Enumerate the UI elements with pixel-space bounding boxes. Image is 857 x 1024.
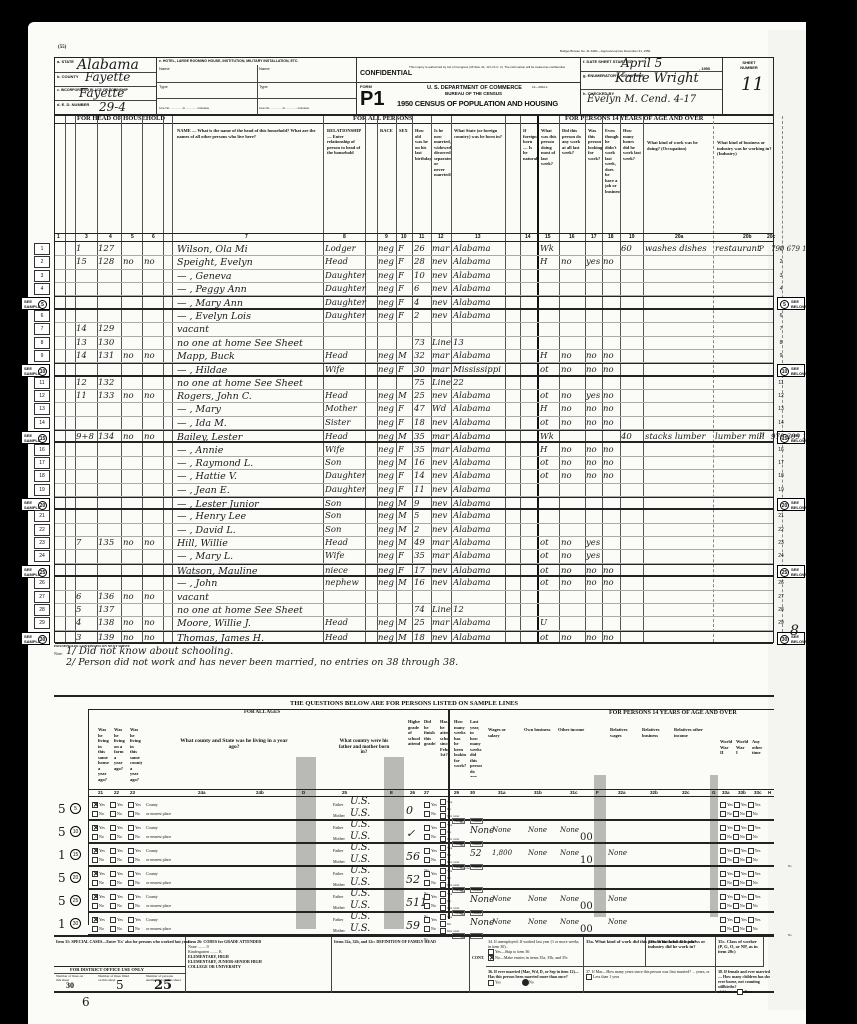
table-row: 30SEEBELOWSEESAMPLE303139nonoThomas, Jam…	[55, 631, 773, 644]
c23-no-checkbox[interactable]	[128, 857, 134, 863]
marital-status: mar	[432, 350, 449, 362]
c27-no-checkbox[interactable]	[424, 811, 430, 817]
relationship: Daughter	[325, 484, 366, 496]
marital-status: mar	[432, 550, 449, 562]
mother-birthplace: U.S.	[350, 877, 370, 888]
line-number: 24	[34, 550, 50, 562]
title-block: CONFIDENTIAL This inquiry is authorized …	[357, 58, 581, 116]
house-number: 13	[76, 337, 87, 349]
has-job: no	[603, 632, 614, 642]
farm-answer: no	[123, 591, 134, 603]
race: neg	[378, 617, 394, 629]
district-office-box: FOR DISTRICT OFFICE USE ONLY Number of l…	[54, 967, 186, 993]
sample-row: 510YesNoYesNoYesNoCountyor nearest place…	[88, 821, 774, 844]
sample-line-circle: 30	[70, 918, 81, 929]
age: 18	[414, 632, 425, 642]
line-number-right: 12	[775, 393, 787, 399]
birthplace: Alabama	[453, 457, 491, 469]
col-14-header: If foreign born— Is he naturalized?	[521, 126, 537, 244]
line-number-right: 29	[775, 620, 787, 626]
father-birthplace: U.S.	[350, 865, 370, 876]
person-name: — , David L.	[177, 524, 236, 536]
birthplace: 13	[453, 337, 464, 349]
person-name: — , Geneva	[177, 270, 232, 282]
did-any-work: no	[561, 364, 572, 374]
c23-yes-checkbox[interactable]	[128, 894, 134, 900]
serial-number: 137	[98, 604, 114, 616]
line-number-right: 16	[775, 447, 787, 453]
c23-yes-checkbox[interactable]	[128, 802, 134, 808]
race: neg	[378, 550, 394, 562]
race: neg	[378, 297, 394, 307]
farm-answer: no	[123, 350, 134, 362]
enumerator-block: f. DATE SHEET STARTED April 5 , 1950 g. …	[581, 58, 723, 116]
c22-no-checkbox[interactable]	[110, 811, 116, 817]
age: 74	[414, 604, 425, 616]
looking-for-work: yes	[586, 390, 600, 402]
house-number: 4	[76, 617, 81, 629]
table-row: 1919— , Jean E.DaughternegF11nevAlabama	[55, 484, 773, 497]
sample-line-marker-right: 20SEEBELOW	[777, 498, 805, 511]
col-7-header: NAME — What is the name of the head of t…	[175, 126, 321, 244]
looking-for-work: no	[586, 470, 597, 482]
serial-number: 132	[98, 377, 114, 389]
activity-last-week: ot	[540, 632, 549, 642]
col-9-header: RACE	[378, 126, 396, 244]
house-number: 9+8	[76, 431, 94, 441]
business-income: None	[528, 849, 547, 857]
sample-mark: 1	[58, 848, 66, 862]
line-number: 14	[34, 417, 50, 429]
q36-box: 36. If ever married (Mar, Wd, D, or Sep …	[486, 967, 584, 993]
c23-no-checkbox[interactable]	[128, 834, 134, 840]
serial-number: 129	[98, 323, 114, 335]
father-birthplace: U.S.	[350, 796, 370, 807]
line-number-right: 23	[775, 540, 787, 546]
sample-mark: 1	[58, 917, 66, 931]
did-any-work: no	[561, 403, 572, 415]
age: 47	[414, 403, 425, 415]
table-row: 111127Wilson, Ola MiLodgernegF26marAlaba…	[55, 243, 773, 256]
col-12-header: Is he now married, widowed, divorced, se…	[432, 126, 451, 244]
race: neg	[378, 256, 394, 268]
house-number: 12	[76, 377, 87, 389]
table-row: 8813130no one at home See Sheet73Line13	[55, 337, 773, 350]
c21-no-checkbox[interactable]	[92, 857, 98, 863]
birthplace: Alabama	[453, 417, 491, 429]
marital-status: nev	[432, 283, 447, 295]
sex: F	[398, 310, 404, 322]
looking-for-work: no	[586, 364, 597, 374]
marital-status: nev	[432, 270, 447, 282]
person-name: — , Evelyn Lois	[177, 310, 251, 322]
relationship: Son	[325, 457, 341, 469]
c22-no-checkbox[interactable]	[110, 903, 116, 909]
weeks-worked: 52	[470, 849, 481, 859]
col-8-header: RELATIONSHIP — Enter relationship of per…	[325, 126, 365, 244]
c21-no-checkbox[interactable]	[92, 926, 98, 932]
race: neg	[378, 577, 394, 589]
birthplace: Alabama	[453, 510, 491, 522]
table-row: 29294138nonoMoore, Willie J.HeadnegM25ma…	[55, 617, 773, 630]
person-name: — , Raymond L.	[177, 457, 253, 469]
c22-no-checkbox[interactable]	[110, 926, 116, 932]
table-row: 1717— , Raymond L.SonnegM16nevAlabamaotn…	[55, 457, 773, 470]
activity-last-week: H	[540, 444, 547, 456]
father-birthplace: U.S.	[350, 819, 370, 830]
line-number-right: 22	[775, 527, 787, 533]
c22-no-checkbox[interactable]	[110, 857, 116, 863]
birthplace: Alabama	[453, 243, 491, 255]
sample-mark: 5	[58, 871, 66, 885]
c21-no-checkbox[interactable]	[92, 834, 98, 840]
line-number-right: 19	[775, 487, 787, 493]
house-number: 11	[76, 390, 87, 402]
age: 49	[414, 537, 425, 549]
sex: F	[398, 403, 404, 415]
c22-yes-checkbox[interactable]	[110, 871, 116, 877]
lines-count: 30	[66, 981, 74, 990]
line-number-right: 17	[775, 460, 787, 466]
q36-no-checkbox[interactable]	[522, 979, 529, 986]
grade-attended: 59	[406, 919, 420, 932]
table-row: 10SEEBELOWSEESAMPLE10— , HildaeWifenegF3…	[55, 363, 773, 376]
person-name: — , John	[177, 577, 217, 589]
race: neg	[378, 498, 394, 508]
birthplace: Alabama	[453, 283, 491, 295]
c27-yes-checkbox[interactable]	[424, 825, 430, 831]
sample-line-circle: 25	[70, 895, 81, 906]
sex: F	[398, 565, 404, 575]
house-number: 1	[76, 243, 81, 255]
margin-mark: 8	[790, 623, 799, 639]
line-number: 6	[34, 310, 50, 322]
hours-worked: 40	[621, 431, 632, 441]
c23-no-checkbox[interactable]	[128, 880, 134, 886]
sample-line-marker: SEESAMPLE5	[21, 297, 50, 310]
activity-last-week: Wk	[540, 431, 554, 441]
birthplace: Alabama	[453, 470, 491, 482]
sample-line-marker: SEESAMPLE20	[21, 498, 50, 511]
activity-last-week: Wk	[540, 243, 554, 255]
did-any-work: no	[561, 577, 572, 589]
looking-for-work: no	[586, 350, 597, 362]
line-number: 26	[34, 577, 50, 589]
c27-no-checkbox[interactable]	[424, 857, 430, 863]
age: 11	[414, 484, 425, 496]
birthplace: Alabama	[453, 350, 491, 362]
c21-yes-checkbox[interactable]	[92, 825, 98, 831]
person-name: Hill, Willie	[177, 537, 228, 549]
serial-number: 136	[98, 591, 114, 603]
c21-yes-checkbox[interactable]	[92, 871, 98, 877]
marital-status: nev	[432, 565, 447, 575]
col-13-header: What State (or foreign country) was he b…	[452, 126, 505, 244]
c27-yes-checkbox[interactable]	[424, 871, 430, 877]
c21-no-checkbox[interactable]	[92, 880, 98, 886]
sheet-number: 11	[741, 74, 764, 95]
age: 35	[414, 431, 425, 441]
occupation: stacks lumber	[645, 431, 706, 441]
sex: F	[398, 444, 404, 456]
sex: M	[398, 431, 407, 441]
table-row: 2222— , David L.SonnegM2nevAlabama	[55, 524, 773, 537]
sample-line-marker-right: 25SEEBELOW	[777, 565, 805, 578]
weeks-worked: None	[470, 826, 494, 836]
c27-yes-checkbox[interactable]	[424, 894, 430, 900]
c27-yes-checkbox[interactable]	[424, 802, 430, 808]
q34-no-checkbox[interactable]	[488, 955, 494, 961]
form-title: 1950 CENSUS OF POPULATION AND HOUSING	[397, 99, 558, 108]
grade-attended: 0	[406, 804, 413, 817]
serial-number: 127	[98, 243, 114, 255]
marital-status: mar	[432, 537, 449, 549]
table-row: 27276136nonovacant	[55, 591, 773, 604]
c23-yes-checkbox[interactable]	[128, 825, 134, 831]
activity-last-week: ot	[540, 577, 549, 589]
age: 28	[414, 256, 425, 268]
has-job: no	[603, 457, 614, 469]
enumerator-signature: Katie Wright	[615, 71, 699, 86]
activity-last-week: ot	[540, 364, 549, 374]
has-job: no	[603, 444, 614, 456]
line-number-right: 4	[775, 286, 787, 292]
relationship: Head	[325, 350, 348, 362]
acres-answer: no	[144, 350, 155, 362]
other-income: None	[560, 849, 579, 857]
marital-status: mar	[432, 444, 449, 456]
father-birthplace: U.S.	[350, 842, 370, 853]
serial-number: 135	[98, 537, 114, 549]
sample-row: 115YesNoYesNoYesNoCountyor nearest place…	[88, 844, 774, 867]
table-row: 33— , GenevaDaughternegF10nevAlabama	[55, 270, 773, 283]
relatives-income: None	[608, 918, 627, 926]
did-any-work: no	[561, 256, 572, 268]
sample-column-numbers: 21 22 23 24a 24b D 25 E 26 27 29 30 31a …	[88, 789, 774, 797]
col-15-header: What was this person doing most of last …	[539, 126, 559, 244]
line-number-right: 3	[775, 273, 787, 279]
c22-yes-checkbox[interactable]	[110, 848, 116, 854]
q37-less-checkbox[interactable]	[586, 974, 592, 980]
wages-income: 1,800	[492, 849, 512, 857]
line-number: 8	[34, 337, 50, 349]
c27-no-checkbox[interactable]	[424, 926, 430, 932]
person-name: — , Mary L.	[177, 550, 233, 562]
c27-no-checkbox[interactable]	[424, 834, 430, 840]
footer-block: Item 31: SPECIAL CASES—Enter 'Ex' also f…	[54, 935, 774, 993]
c23-yes-checkbox[interactable]	[128, 871, 134, 877]
c21-yes-checkbox[interactable]	[92, 894, 98, 900]
line-number: 29	[34, 617, 50, 629]
ed-value: 29-4	[99, 100, 126, 114]
line-number-right: 9	[775, 353, 787, 359]
c27-no-checkbox[interactable]	[424, 880, 430, 886]
c21-no-checkbox[interactable]	[92, 811, 98, 817]
c22-yes-checkbox[interactable]	[110, 802, 116, 808]
table-row: 2626— , JohnnephewnegM16nevAlabamaotnono…	[55, 577, 773, 590]
c23-no-checkbox[interactable]	[128, 903, 134, 909]
c22-yes-checkbox[interactable]	[110, 917, 116, 923]
did-any-work: no	[561, 565, 572, 575]
sex: M	[398, 524, 407, 536]
marital-status: nev	[432, 457, 447, 469]
age: 2	[414, 310, 419, 322]
institution-block: e. HOTEL, LARGE ROOMING HOUSE, INSTITUTI…	[157, 58, 357, 116]
sex: M	[398, 617, 407, 629]
farm-answer: no	[123, 537, 134, 549]
col-10-header: SEX	[397, 126, 412, 244]
c22-no-checkbox[interactable]	[110, 834, 116, 840]
line-number: 3	[34, 270, 50, 282]
sex: M	[398, 537, 407, 549]
relatives-income: None	[608, 895, 627, 903]
relationship: niece	[325, 565, 348, 575]
q36-yes-checkbox[interactable]	[488, 980, 494, 986]
looking-for-work: no	[586, 417, 597, 429]
activity-last-week: ot	[540, 417, 549, 429]
county-value: Fayette	[85, 70, 130, 84]
age: 9	[414, 498, 419, 508]
wages-income: None	[492, 918, 511, 926]
col-19-header: How many hours did he work last week?	[621, 126, 643, 244]
relationship: Daughter	[325, 297, 366, 307]
looking-for-work: no	[586, 632, 597, 642]
marital-status: nev	[432, 390, 447, 402]
form-code: (55)	[58, 45, 66, 50]
race: neg	[378, 484, 394, 496]
mother-birthplace: U.S.	[350, 808, 370, 819]
class-of-worker: P	[759, 431, 764, 441]
birthplace: Alabama	[453, 297, 491, 307]
line-number-right: 26	[775, 580, 787, 586]
race: neg	[378, 310, 394, 322]
c27-yes-checkbox[interactable]	[424, 848, 430, 854]
population-table: FOR HEAD OF HOUSEHOLD FOR ALL PERSONS FO…	[54, 115, 774, 643]
serial-number: 138	[98, 617, 114, 629]
acres-answer: no	[144, 256, 155, 268]
person-name: — , Mary Ann	[177, 297, 243, 307]
age: 30	[414, 364, 425, 374]
birthplace: Mississippi	[453, 364, 501, 374]
line-number: 28	[34, 604, 50, 616]
has-job: no	[603, 364, 614, 374]
activity-last-week: ot	[540, 565, 549, 575]
other-income: None	[560, 895, 579, 903]
age: 25	[414, 617, 425, 629]
c22-yes-checkbox[interactable]	[110, 894, 116, 900]
industry: restaurant	[715, 243, 760, 255]
section-all-persons: FOR ALL PERSONS	[353, 115, 413, 122]
person-name: vacant	[177, 323, 209, 335]
sample-line-circle: 20	[70, 872, 81, 883]
sample-mark: 5	[58, 802, 66, 816]
scan-border-right	[806, 0, 857, 1024]
relationship: Head	[325, 390, 348, 402]
line-number-right: 18	[775, 473, 787, 479]
sex: M	[398, 577, 407, 589]
mother-birthplace: U.S.	[350, 831, 370, 842]
sample-lines-section: THE QUESTIONS BELOW ARE FOR PERSONS LIST…	[54, 695, 774, 935]
line-number-right: 21	[775, 513, 787, 519]
c23-no-checkbox[interactable]	[128, 811, 134, 817]
farm-answer: no	[123, 617, 134, 629]
c23-no-checkbox[interactable]	[128, 926, 134, 932]
sex: F	[398, 550, 404, 562]
c21-no-checkbox[interactable]	[92, 903, 98, 909]
acres-answer: no	[144, 591, 155, 603]
sex: F	[398, 243, 404, 255]
col-11-header: How old was he on his last birthday?	[413, 126, 431, 244]
relationship: Head	[325, 537, 348, 549]
birthplace: Alabama	[453, 550, 491, 562]
relationship: Daughter	[325, 470, 366, 482]
serial-number: 128	[98, 256, 114, 268]
c22-no-checkbox[interactable]	[110, 880, 116, 886]
table-row: 1313— , MaryMothernegF47WdAlabamaHnonono	[55, 403, 773, 416]
mother-birthplace: U.S.	[350, 923, 370, 934]
house-number: 6	[76, 591, 81, 603]
item31-box: Item 31: SPECIAL CASES—Enter 'Ex' also f…	[54, 937, 186, 967]
grade-attended: 56	[406, 850, 420, 863]
birthplace: Alabama	[453, 617, 491, 629]
acres-answer: no	[144, 617, 155, 629]
marital-status: nev	[432, 510, 447, 522]
c27-no-checkbox[interactable]	[424, 903, 430, 909]
sex: M	[398, 498, 407, 508]
age: 14	[414, 470, 425, 482]
c21-yes-checkbox[interactable]	[92, 848, 98, 854]
sex: M	[398, 632, 407, 642]
line-number: 9	[34, 350, 50, 362]
race: neg	[378, 431, 394, 441]
race: neg	[378, 243, 394, 255]
house-number: 15	[76, 256, 87, 268]
line-number: 12	[34, 390, 50, 402]
c23-yes-checkbox[interactable]	[128, 917, 134, 923]
did-any-work: no	[561, 457, 572, 469]
leave-blank-f-value: 00	[580, 901, 593, 912]
relationship: Daughter	[325, 310, 366, 322]
age: 16	[414, 457, 425, 469]
table-row: 1616— , AnnieWifenegF35marAlabamaHnonono	[55, 444, 773, 457]
race: neg	[378, 524, 394, 536]
business-income: None	[528, 918, 547, 926]
sample-line-marker-right: 10SEEBELOW	[777, 364, 805, 377]
farm-answer: no	[123, 390, 134, 402]
confidential-label: CONFIDENTIAL	[360, 70, 412, 77]
did-any-work: no	[561, 537, 572, 549]
line-number: 16	[34, 444, 50, 456]
birthplace: Alabama	[453, 431, 491, 441]
sex: M	[398, 390, 407, 402]
col-18-header: Even though he didn't work last week, do…	[603, 126, 620, 244]
line-number-right: 13	[775, 406, 787, 412]
q38-box: 38. If female and ever married— How many…	[716, 967, 774, 993]
line-number: 18	[34, 470, 50, 482]
table-row: 9914131nonoMapp, BuckHeadnegM32marAlabam…	[55, 350, 773, 363]
c23-yes-checkbox[interactable]	[128, 848, 134, 854]
c22-yes-checkbox[interactable]	[110, 825, 116, 831]
sex: M	[398, 457, 407, 469]
c21-yes-checkbox[interactable]	[92, 802, 98, 808]
activity-last-week: ot	[540, 537, 549, 549]
marital-status: Line	[432, 337, 451, 349]
age: 5	[414, 510, 419, 522]
c27-yes-checkbox[interactable]	[424, 917, 430, 923]
c21-yes-checkbox[interactable]	[92, 917, 98, 923]
q38-none-checkbox[interactable]	[737, 989, 743, 995]
table-row: 2121— , Henry LeeSonnegM5nevAlabama	[55, 510, 773, 523]
